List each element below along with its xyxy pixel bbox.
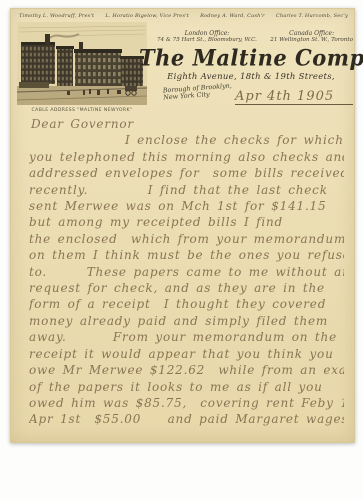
letter-body: Dear Governor I enclose the checks for w… bbox=[29, 116, 344, 428]
handwritten-line: you telephoned this morning also checks … bbox=[29, 149, 344, 165]
canada-office-label: Canada Office: bbox=[270, 30, 353, 37]
handwritten-line: away. From your memorandum on the bbox=[29, 329, 344, 345]
borough-lines: Borough of Brooklyn, New York City bbox=[163, 83, 234, 102]
officer-name: Timothy L. Woodruff, Pres't bbox=[19, 13, 94, 19]
offices-row: London Office: 74 & 75 Hart St., Bloomsb… bbox=[157, 30, 353, 43]
handwritten-line: I enclose the checks for which bbox=[29, 132, 344, 148]
handwritten-line: request for check, and as they are in th… bbox=[29, 280, 344, 296]
officer-name: L. Horatio Bigelow, Vice Pres't bbox=[105, 13, 189, 19]
london-office-label: London Office: bbox=[157, 30, 257, 37]
canada-office: Canada Office: 21 Wellington St. W., Tor… bbox=[270, 30, 353, 43]
handwritten-line: the enclosed which from your memorandum bbox=[29, 231, 344, 247]
letter-paper: Timothy L. Woodruff, Pres'tL. Horatio Bi… bbox=[10, 8, 355, 443]
handwritten-line: on them I think must be the ones you ref… bbox=[29, 247, 344, 263]
handwritten-line: money already paid and simply filed them bbox=[29, 313, 344, 329]
handwritten-line: recently. I find that the last check bbox=[29, 182, 344, 198]
handwritten-line: to. These papers came to me without any bbox=[29, 264, 344, 280]
date-line: Apr 4th 1905 bbox=[235, 85, 353, 105]
handwritten-line: sent Merwee was on Mch 1st for $141.15 bbox=[29, 198, 344, 214]
handwritten-date: Apr 4th 1905 bbox=[235, 89, 334, 104]
handwritten-line: receipt it would appear that you think y… bbox=[29, 346, 344, 362]
handwritten-line: owed him was $85.75, covering rent Feby … bbox=[29, 395, 344, 411]
letter-body-lines: I enclose the checks for whichyou teleph… bbox=[29, 132, 344, 427]
officers-row: Timothy L. Woodruff, Pres'tL. Horatio Bi… bbox=[19, 13, 348, 19]
company-name: The Maltine Company, bbox=[139, 44, 361, 70]
london-office-address: 74 & 75 Hart St., Bloomsbury, W.C. bbox=[157, 37, 257, 43]
cable-address-caption: CABLE ADDRESS "MALTINE NEWYORK" bbox=[13, 108, 151, 113]
handwritten-line: addressed envelopes for some bills recei… bbox=[29, 165, 344, 181]
handwritten-line: Apr 1st $55.00 and paid Margaret wages $… bbox=[29, 411, 344, 427]
handwritten-line: but among my receipted bills I find bbox=[29, 214, 344, 230]
officer-name: Charles T. Hurcomb, Sec'y bbox=[276, 13, 348, 19]
salutation: Dear Governor bbox=[29, 116, 344, 132]
factory-engraving-icon bbox=[17, 22, 147, 105]
handwritten-line: of the papers it looks to me as if all y… bbox=[29, 379, 344, 395]
street-address: Eighth Avenue, 18th & 19th Streets, bbox=[151, 72, 351, 82]
canada-office-address: 21 Wellington St. W., Toronto bbox=[270, 37, 353, 43]
handwritten-line: form of a receipt I thought they covered bbox=[29, 296, 344, 312]
officer-name: Rodney A. Ward, Cash'r bbox=[200, 13, 265, 19]
london-office: London Office: 74 & 75 Hart St., Bloomsb… bbox=[157, 30, 257, 43]
scanned-letter-page: { "letterhead": { "officers": [ "Timothy… bbox=[0, 0, 363, 500]
handwritten-line: owe Mr Merwee $122.62 while from an exam… bbox=[29, 362, 344, 378]
